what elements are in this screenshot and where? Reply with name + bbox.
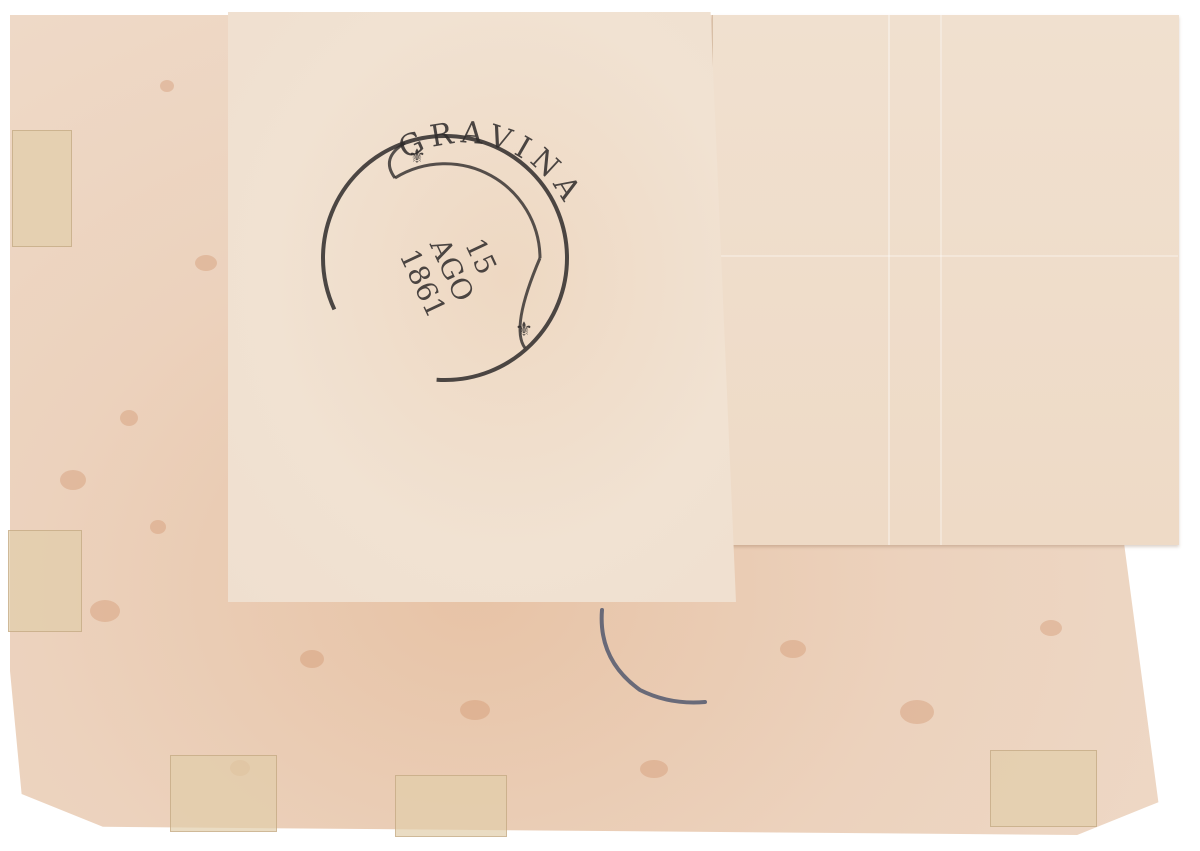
fold-line bbox=[940, 15, 942, 545]
fold-line bbox=[888, 15, 890, 545]
tape-hinge bbox=[990, 750, 1097, 827]
svg-text:⚜: ⚜ bbox=[515, 317, 533, 341]
tape-hinge bbox=[170, 755, 277, 832]
tape-hinge bbox=[12, 130, 72, 247]
gravina-postmark: GRAVINA ⚜ ⚜ 15 AGO 1861 bbox=[310, 118, 590, 398]
cover-right-panel bbox=[712, 15, 1179, 545]
partial-postmark bbox=[590, 590, 710, 710]
tape-hinge bbox=[395, 775, 507, 837]
tape-hinge bbox=[8, 530, 82, 632]
fold-line bbox=[712, 255, 1178, 257]
svg-text:⚜: ⚜ bbox=[408, 144, 426, 168]
